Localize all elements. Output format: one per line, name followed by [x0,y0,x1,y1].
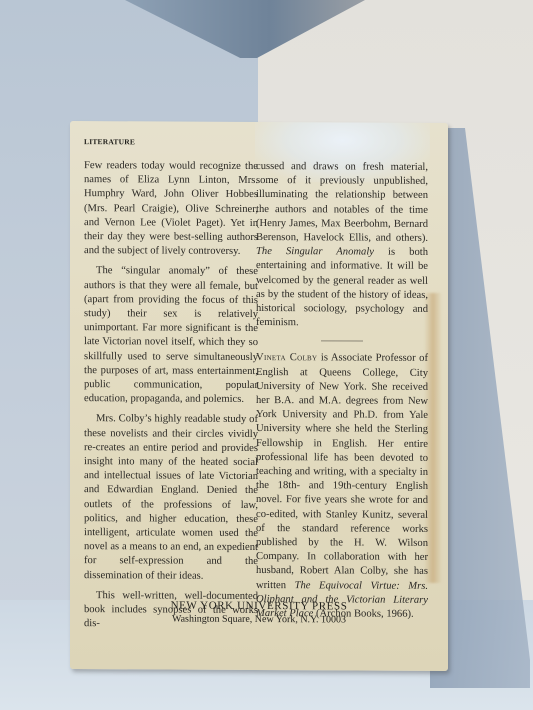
author-bio: Vineta Colby is Associate Professor of E… [256,351,428,622]
publisher-address: Washington Square, New York, N.Y. 10003 [70,613,448,626]
blurb-text: is both entertaining and informative. It… [256,247,428,329]
divider-rule [321,341,363,342]
book-back-cover: LITERATURE Few readers today would recog… [70,121,448,671]
bio-text: is Associate Professor of English at Que… [256,353,428,591]
author-name: Vineta Colby [256,352,317,363]
category-label: LITERATURE [84,137,135,146]
blurb-left-column: Few readers today would recognize the na… [84,159,258,638]
publisher-imprint: NEW YORK UNIVERSITY PRESS Washington Squ… [70,599,448,626]
publisher-name: NEW YORK UNIVERSITY PRESS [70,599,448,613]
blurb-paragraph-continued: cussed and draws on fresh material, some… [256,160,428,331]
blurb-paragraph: Mrs. Colby’s highly readable study of th… [84,413,258,584]
blurb-paragraph: Few readers today would recognize the na… [84,159,258,259]
blurb-paragraph: The “singular anomaly” of these authors … [84,265,258,408]
blurb-text: cussed and draws on fresh material, some… [256,161,428,244]
blurb-right-column: cussed and draws on fresh material, some… [256,160,428,628]
book-title: The Singular Anomaly [256,246,374,258]
